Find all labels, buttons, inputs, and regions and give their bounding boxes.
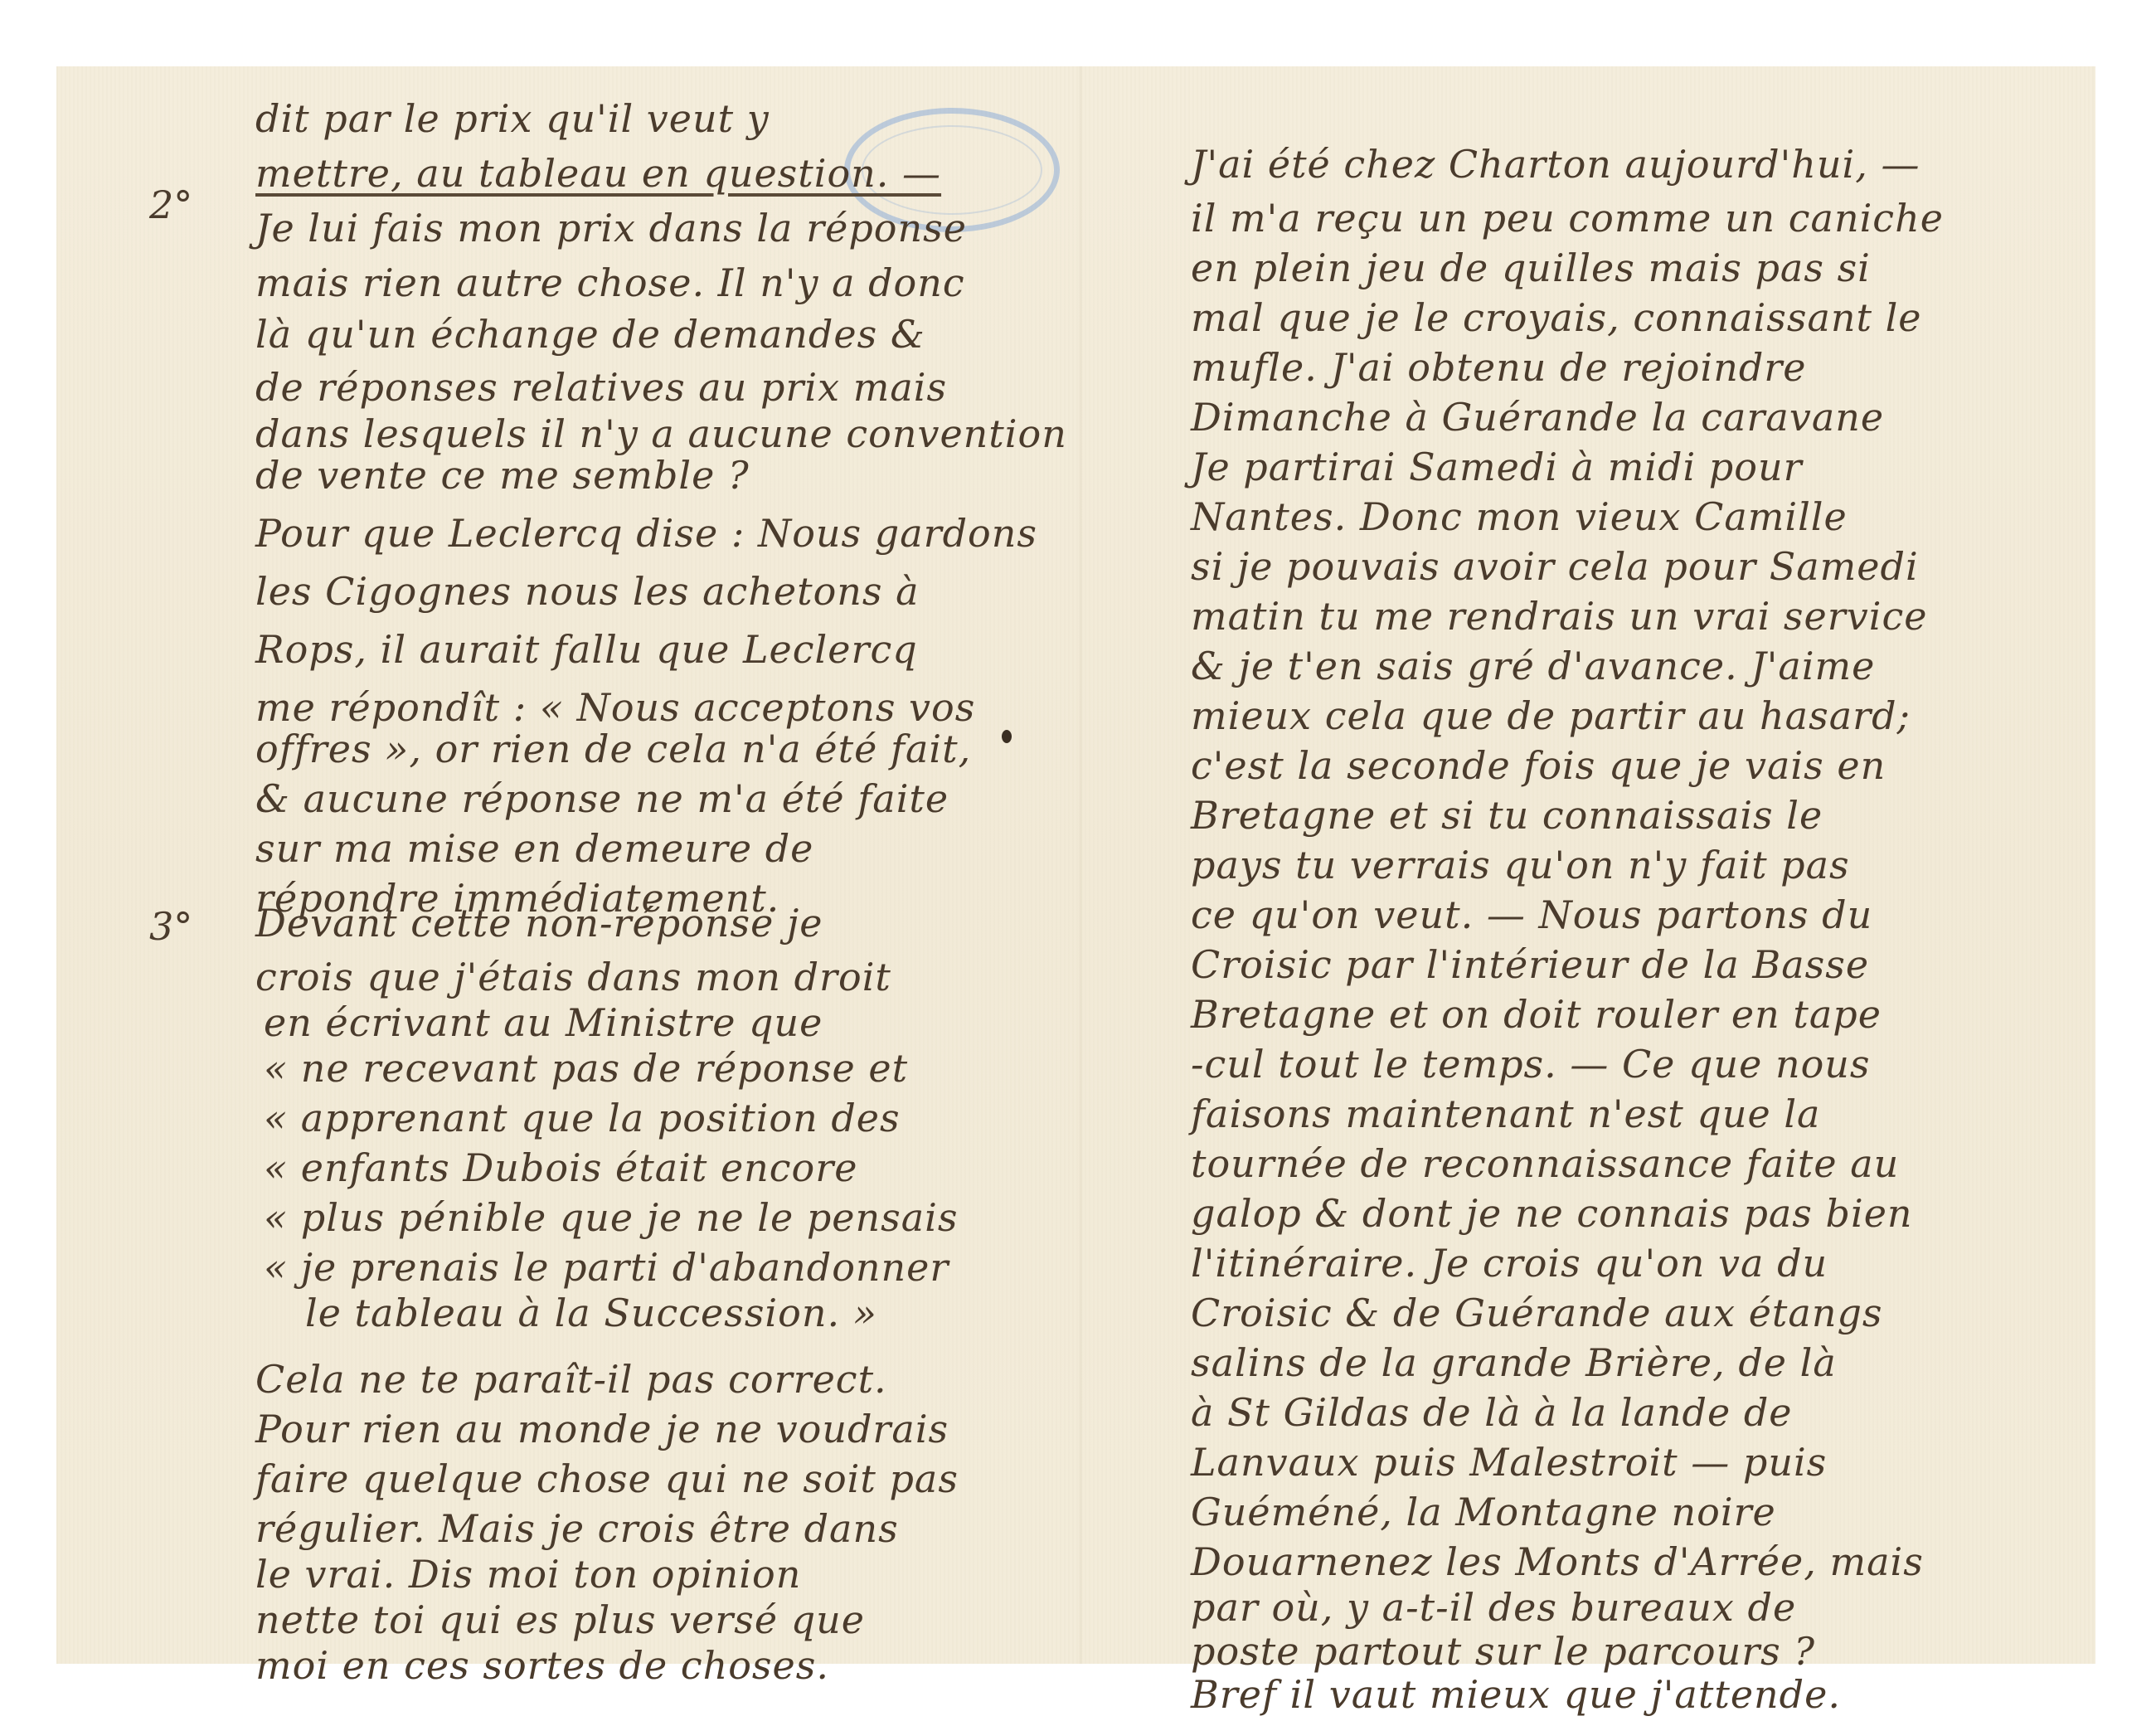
left-line-31: nette toi qui es plus versé que <box>255 1601 865 1639</box>
right-line-25: salins de la grande Brière, de là <box>1191 1344 1837 1382</box>
left-line-30: le vrai. Dis moi ton opinion <box>255 1555 801 1593</box>
right-line-2: il m'a reçu un peu comme un caniche <box>1191 199 1944 237</box>
right-line-5: mufle. J'ai obtenu de rejoindre <box>1191 348 1806 386</box>
right-line-6: Dimanche à Guérande la caravane <box>1191 398 1884 436</box>
right-line-31: poste partout sur le parcours ? <box>1191 1632 1815 1670</box>
margin-number-2: 2° <box>149 182 192 227</box>
right-line-16: ce qu'on veut. — Nous partons du <box>1191 896 1872 934</box>
right-line-26: à St Gildas de là à la lande de <box>1191 1393 1793 1432</box>
right-line-14: Bretagne et si tu connaissais le <box>1191 796 1823 834</box>
right-line-23: l'itinéraire. Je crois qu'on va du <box>1191 1244 1828 1282</box>
left-line-18: crois que j'étais dans mon droit <box>255 958 891 996</box>
right-line-11: & je t'en sais gré d'avance. J'aime <box>1191 647 1875 685</box>
right-page: J'ai été chez Charton aujourd'hui, — il … <box>1083 66 2095 1664</box>
right-line-18: Bretagne et on doit rouler en tape <box>1191 995 1882 1033</box>
right-line-21: tournée de reconnaissance faite au <box>1191 1145 1899 1183</box>
right-line-10: matin tu me rendrais un vrai service <box>1191 597 1927 635</box>
right-line-17: Croisic par l'intérieur de la Basse <box>1191 946 1869 984</box>
right-line-9: si je pouvais avoir cela pour Samedi <box>1191 547 1919 586</box>
left-line-9: Pour que Leclercq dise : Nous gardons <box>255 514 1037 552</box>
left-line-6: de réponses relatives au prix mais <box>255 368 947 406</box>
right-line-8: Nantes. Donc mon vieux Camille <box>1191 498 1848 536</box>
right-line-28: Guéméné, la Montagne noire <box>1191 1493 1776 1531</box>
left-line-20: « ne recevant pas de réponse et <box>264 1049 908 1087</box>
right-line-7: Je partirai Samedi à midi pour <box>1191 448 1803 486</box>
left-line-15: sur ma mise en demeure de <box>255 829 813 868</box>
left-line-32: moi en ces sortes de choses. <box>255 1646 829 1685</box>
right-line-19: -cul tout le temps. — Ce que nous <box>1191 1045 1871 1083</box>
right-line-12: mieux cela que de partir au hasard; <box>1191 697 1911 735</box>
left-line-14: & aucune réponse ne m'a été faite <box>255 780 949 818</box>
left-line-2: mettre, au tableau en question. — <box>255 154 941 192</box>
left-line-19: en écrivant au Ministre que <box>264 1004 823 1042</box>
left-page: 2° 3° dit par le prix qu'il veut y mettr… <box>56 66 1078 1664</box>
right-line-15: pays tu verrais qu'on n'y fait pas <box>1191 846 1850 884</box>
left-line-23: « plus pénible que je ne le pensais <box>264 1198 958 1237</box>
left-line-10: les Cigognes nous les achetons à <box>255 572 920 610</box>
left-line-26: Cela ne te paraît-il pas correct. <box>255 1360 887 1398</box>
left-line-25: le tableau à la Succession. » <box>305 1294 877 1332</box>
left-line-17: Devant cette non-réponse je <box>255 904 823 942</box>
right-line-20: faisons maintenant n'est que la <box>1191 1095 1820 1133</box>
left-line-4: mais rien autre chose. Il n'y a donc <box>255 264 965 302</box>
right-line-32: Bref il vaut mieux que j'attende. <box>1191 1675 1841 1714</box>
left-line-28: faire quelque chose qui ne soit pas <box>255 1460 959 1498</box>
right-line-29: Douarnenez les Monts d'Arrée, mais <box>1191 1543 1924 1581</box>
letter-sheet: 2° 3° dit par le prix qu'il veut y mettr… <box>56 66 2095 1664</box>
left-line-11: Rops, il aurait fallu que Leclercq <box>255 630 918 668</box>
left-line-29: régulier. Mais je crois être dans <box>255 1510 899 1548</box>
right-line-27: Lanvaux puis Malestroit — puis <box>1191 1443 1827 1481</box>
right-line-24: Croisic & de Guérande aux étangs <box>1191 1294 1883 1332</box>
right-line-3: en plein jeu de quilles mais pas si <box>1191 249 1871 287</box>
left-line-27: Pour rien au monde je ne voudrais <box>255 1410 949 1448</box>
left-line-24: « je prenais le parti d'abandonner <box>264 1248 949 1286</box>
margin-number-3: 3° <box>149 904 192 949</box>
left-line-21: « apprenant que la position des <box>264 1099 901 1137</box>
left-line-3: Je lui fais mon prix dans la réponse <box>255 209 967 247</box>
left-line-22: « enfants Dubois était encore <box>264 1149 857 1187</box>
right-line-30: par où, y a-t-il des bureaux de <box>1191 1588 1796 1626</box>
right-line-4: mal que je le croyais, connaissant le <box>1191 299 1922 337</box>
left-line-7: dans lesquels il n'y a aucune convention <box>255 415 1067 453</box>
ink-blot <box>1002 730 1012 743</box>
right-line-1: J'ai été chez Charton aujourd'hui, — <box>1191 145 1920 183</box>
left-line-13: offres », or rien de cela n'a été fait, <box>255 730 971 768</box>
left-line-12: me répondît : « Nous acceptons vos <box>255 688 975 727</box>
left-line-5: là qu'un échange de demandes & <box>255 315 925 353</box>
left-line-8: de vente ce me semble ? <box>255 456 750 494</box>
right-line-22: galop & dont je ne connais pas bien <box>1191 1194 1913 1232</box>
left-line-1: dit par le prix qu'il veut y <box>255 100 770 138</box>
right-line-13: c'est la seconde fois que je vais en <box>1191 746 1886 785</box>
